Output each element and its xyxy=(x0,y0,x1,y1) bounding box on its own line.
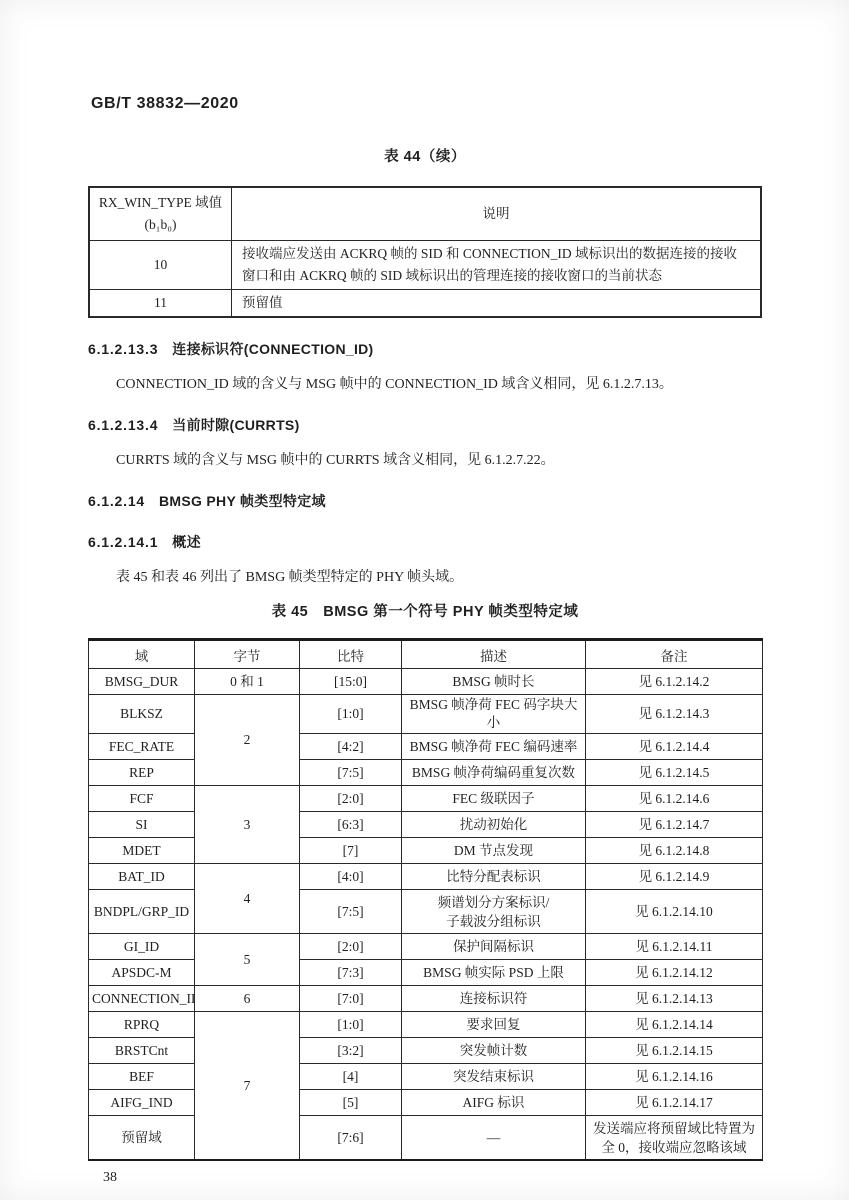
section-heading-6-1-2-14: 6.1.2.14BMSG PHY 帧类型特定域 xyxy=(88,491,762,511)
cell-bits: [15:0] xyxy=(300,669,402,695)
cell-field: APSDC-M xyxy=(89,960,195,986)
cell-desc: — xyxy=(402,1116,586,1161)
cell-desc: DM 节点发现 xyxy=(402,838,586,864)
table44-col1-header-line1: RX_WIN_TYPE 域值 xyxy=(98,192,223,214)
col-header-byte: 字节 xyxy=(195,640,300,669)
cell-field: BRSTCnt xyxy=(89,1038,195,1064)
cell-field: BAT_ID xyxy=(89,864,195,890)
cell-note: 见 6.1.2.14.2 xyxy=(586,669,763,695)
table-row: MDET [7] DM 节点发现 见 6.1.2.14.8 xyxy=(89,838,763,864)
section-heading-6-1-2-13-4: 6.1.2.13.4当前时隙(CURRTS) xyxy=(88,415,762,435)
table-row: SI [6:3] 扰动初始化 见 6.1.2.14.7 xyxy=(89,812,763,838)
cell-desc: BMSG 帧时长 xyxy=(402,669,586,695)
cell-bits: [5] xyxy=(300,1090,402,1116)
cell-bits: [2:0] xyxy=(300,786,402,812)
cell-bits: [3:2] xyxy=(300,1038,402,1064)
cell-note: 见 6.1.2.14.9 xyxy=(586,864,763,890)
cell-desc: BMSG 帧实际 PSD 上限 xyxy=(402,960,586,986)
table44-header-row: RX_WIN_TYPE 域值 (b₁b₀) 说明 xyxy=(89,187,761,241)
col-header-note: 备注 xyxy=(586,640,763,669)
table45-header-row: 域 字节 比特 描述 备注 xyxy=(89,640,763,669)
cell-bits: [4:2] xyxy=(300,734,402,760)
paragraph: 表 45 和表 46 列出了 BMSG 帧类型特定的 PHY 帧头域。 xyxy=(88,568,762,587)
page-content: GB/T 38832—2020 表 44（续） RX_WIN_TYPE 域值 (… xyxy=(88,0,762,1186)
section-heading-6-1-2-14-1: 6.1.2.14.1概述 xyxy=(88,532,762,552)
table-row: 11 预留值 xyxy=(89,290,761,318)
table44-col2-header: 说明 xyxy=(232,187,762,241)
cell-desc: BMSG 帧净荷 FEC 编码速率 xyxy=(402,734,586,760)
table-row: FEC_RATE [4:2] BMSG 帧净荷 FEC 编码速率 见 6.1.2… xyxy=(89,734,763,760)
cell-byte: 5 xyxy=(195,934,300,986)
table-row: AIFG_IND [5] AIFG 标识 见 6.1.2.14.17 xyxy=(89,1090,763,1116)
cell-field: BLKSZ xyxy=(89,695,195,734)
cell-field: REP xyxy=(89,760,195,786)
table44-col1-header: RX_WIN_TYPE 域值 (b₁b₀) xyxy=(89,187,232,241)
cell-bits: [6:3] xyxy=(300,812,402,838)
cell-field: GI_ID xyxy=(89,934,195,960)
table-row: FCF 3 [2:0] FEC 级联因子 见 6.1.2.14.6 xyxy=(89,786,763,812)
cell-desc: 保护间隔标识 xyxy=(402,934,586,960)
cell-desc: 要求回复 xyxy=(402,1012,586,1038)
cell-note: 见 6.1.2.14.3 xyxy=(586,695,763,734)
table-row: REP [7:5] BMSG 帧净荷编码重复次数 见 6.1.2.14.5 xyxy=(89,760,763,786)
cell-field: SI xyxy=(89,812,195,838)
col-header-desc: 描述 xyxy=(402,640,586,669)
cell-note: 见 6.1.2.14.4 xyxy=(586,734,763,760)
cell-field-value: 11 xyxy=(89,290,232,318)
cell-field: BMSG_DUR xyxy=(89,669,195,695)
cell-note: 见 6.1.2.14.13 xyxy=(586,986,763,1012)
cell-desc: 突发帧计数 xyxy=(402,1038,586,1064)
cell-desc: 连接标识符 xyxy=(402,986,586,1012)
col-header-field: 域 xyxy=(89,640,195,669)
cell-description: 接收端应发送由 ACKRQ 帧的 SID 和 CONNECTION_ID 域标识… xyxy=(232,241,762,290)
cell-note: 见 6.1.2.14.10 xyxy=(586,890,763,934)
cell-bits: [2:0] xyxy=(300,934,402,960)
cell-byte: 2 xyxy=(195,695,300,786)
cell-bits: [1:0] xyxy=(300,695,402,734)
cell-note: 见 6.1.2.14.12 xyxy=(586,960,763,986)
cell-field: RPRQ xyxy=(89,1012,195,1038)
cell-field: 预留域 xyxy=(89,1116,195,1161)
cell-byte: 4 xyxy=(195,864,300,934)
table-row: CONNECTION_ID 6 [7:0] 连接标识符 见 6.1.2.14.1… xyxy=(89,986,763,1012)
cell-note: 发送端应将预留域比特置为 全 0，接收端应忽略该域 xyxy=(586,1116,763,1161)
section-title: 当前时隙(CURRTS) xyxy=(172,417,299,433)
table-row: BMSG_DUR 0 和 1 [15:0] BMSG 帧时长 见 6.1.2.1… xyxy=(89,669,763,695)
cell-note: 见 6.1.2.14.14 xyxy=(586,1012,763,1038)
cell-desc: 频谱划分方案标识/ 子载波分组标识 xyxy=(402,890,586,934)
cell-field: FCF xyxy=(89,786,195,812)
cell-note: 见 6.1.2.14.8 xyxy=(586,838,763,864)
cell-field-value: 10 xyxy=(89,241,232,290)
cell-desc: BMSG 帧净荷 FEC 码字块大小 xyxy=(402,695,586,734)
section-number: 6.1.2.14.1 xyxy=(88,534,158,550)
table-row: RPRQ 7 [1:0] 要求回复 见 6.1.2.14.14 xyxy=(89,1012,763,1038)
cell-note: 见 6.1.2.14.5 xyxy=(586,760,763,786)
section-number: 6.1.2.13.3 xyxy=(88,341,158,357)
table45: 域 字节 比特 描述 备注 BMSG_DUR 0 和 1 [15:0] BMSG… xyxy=(88,638,763,1161)
cell-byte: 3 xyxy=(195,786,300,864)
cell-note: 见 6.1.2.14.17 xyxy=(586,1090,763,1116)
cell-field: BNDPL/GRP_ID xyxy=(89,890,195,934)
cell-desc: 扰动初始化 xyxy=(402,812,586,838)
cell-byte: 0 和 1 xyxy=(195,669,300,695)
section-title: 概述 xyxy=(172,534,201,550)
cell-bits: [7] xyxy=(300,838,402,864)
cell-bits: [1:0] xyxy=(300,1012,402,1038)
table44-col1-header-line2: (b₁b₀) xyxy=(98,214,223,236)
cell-bits: [7:5] xyxy=(300,890,402,934)
paragraph: CURRTS 域的含义与 MSG 帧中的 CURRTS 域含义相同，见 6.1.… xyxy=(88,451,762,470)
table-row: BAT_ID 4 [4:0] 比特分配表标识 见 6.1.2.14.9 xyxy=(89,864,763,890)
section-title: BMSG PHY 帧类型特定域 xyxy=(159,493,326,509)
cell-bits: [7:6] xyxy=(300,1116,402,1161)
cell-byte: 6 xyxy=(195,986,300,1012)
section-heading-6-1-2-13-3: 6.1.2.13.3连接标识符(CONNECTION_ID) xyxy=(88,339,762,359)
cell-field: MDET xyxy=(89,838,195,864)
table44: RX_WIN_TYPE 域值 (b₁b₀) 说明 10 接收端应发送由 ACKR… xyxy=(88,186,762,318)
section-number: 6.1.2.13.4 xyxy=(88,417,158,433)
cell-byte: 7 xyxy=(195,1012,300,1161)
cell-desc: AIFG 标识 xyxy=(402,1090,586,1116)
cell-field: AIFG_IND xyxy=(89,1090,195,1116)
cell-bits: [4] xyxy=(300,1064,402,1090)
cell-desc: 突发结束标识 xyxy=(402,1064,586,1090)
document-page: GB/T 38832—2020 表 44（续） RX_WIN_TYPE 域值 (… xyxy=(0,0,849,1200)
standard-number: GB/T 38832—2020 xyxy=(91,95,762,113)
table-row: GI_ID 5 [2:0] 保护间隔标识 见 6.1.2.14.11 xyxy=(89,934,763,960)
cell-desc: BMSG 帧净荷编码重复次数 xyxy=(402,760,586,786)
cell-note: 见 6.1.2.14.6 xyxy=(586,786,763,812)
cell-note: 见 6.1.2.14.16 xyxy=(586,1064,763,1090)
col-header-bits: 比特 xyxy=(300,640,402,669)
table-row: APSDC-M [7:3] BMSG 帧实际 PSD 上限 见 6.1.2.14… xyxy=(89,960,763,986)
table-row: BEF [4] 突发结束标识 见 6.1.2.14.16 xyxy=(89,1064,763,1090)
cell-note: 见 6.1.2.14.15 xyxy=(586,1038,763,1064)
table-row: 预留域 [7:6] — 发送端应将预留域比特置为 全 0，接收端应忽略该域 xyxy=(89,1116,763,1161)
table-row: BRSTCnt [3:2] 突发帧计数 见 6.1.2.14.15 xyxy=(89,1038,763,1064)
cell-bits: [7:5] xyxy=(300,760,402,786)
cell-note: 见 6.1.2.14.7 xyxy=(586,812,763,838)
paragraph: CONNECTION_ID 域的含义与 MSG 帧中的 CONNECTION_I… xyxy=(88,375,762,394)
table45-title: 表 45 BMSG 第一个符号 PHY 帧类型特定域 xyxy=(88,600,762,621)
cell-field: BEF xyxy=(89,1064,195,1090)
table44-title: 表 44（续） xyxy=(88,145,762,166)
cell-note: 见 6.1.2.14.11 xyxy=(586,934,763,960)
cell-bits: [4:0] xyxy=(300,864,402,890)
cell-bits: [7:0] xyxy=(300,986,402,1012)
table-row: BNDPL/GRP_ID [7:5] 频谱划分方案标识/ 子载波分组标识 见 6… xyxy=(89,890,763,934)
cell-field: FEC_RATE xyxy=(89,734,195,760)
cell-desc: 比特分配表标识 xyxy=(402,864,586,890)
cell-field: CONNECTION_ID xyxy=(89,986,195,1012)
table-row: BLKSZ 2 [1:0] BMSG 帧净荷 FEC 码字块大小 见 6.1.2… xyxy=(89,695,763,734)
section-title: 连接标识符(CONNECTION_ID) xyxy=(172,341,373,357)
cell-desc: FEC 级联因子 xyxy=(402,786,586,812)
cell-description: 预留值 xyxy=(232,290,762,318)
section-number: 6.1.2.14 xyxy=(88,493,145,509)
cell-bits: [7:3] xyxy=(300,960,402,986)
table-row: 10 接收端应发送由 ACKRQ 帧的 SID 和 CONNECTION_ID … xyxy=(89,241,761,290)
page-number: 38 xyxy=(103,1170,762,1186)
